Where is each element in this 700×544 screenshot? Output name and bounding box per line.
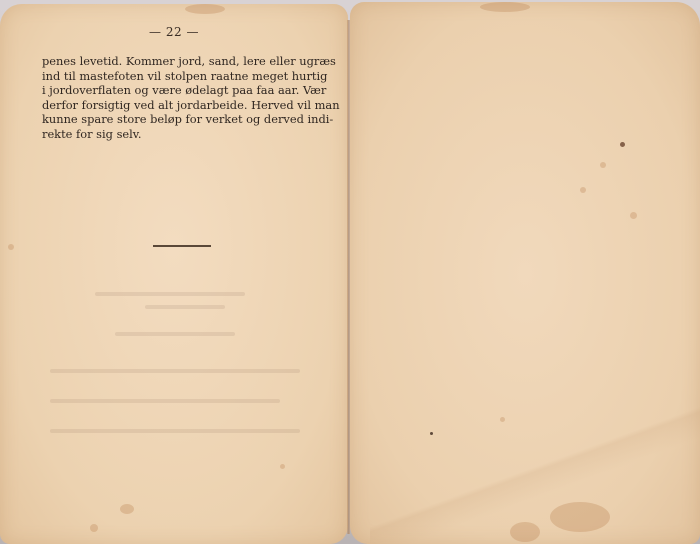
stain: [620, 142, 625, 147]
stain: [480, 2, 530, 12]
page-crease: [370, 400, 700, 544]
show-through-text: [145, 305, 225, 309]
text-line: kunne spare store beløp for verket og de…: [42, 112, 322, 127]
book-spine-gutter: [347, 20, 350, 534]
stain: [90, 524, 98, 532]
text-line: ind til mastefoten vil stolpen raatne me…: [42, 69, 322, 84]
text-line: rekte for sig selv.: [42, 127, 322, 142]
stain: [185, 4, 225, 14]
text-line: i jordoverflaten og være ødelagt paa faa…: [42, 83, 322, 98]
stain: [120, 504, 134, 514]
stain: [600, 162, 606, 168]
stain: [630, 212, 637, 219]
stain: [280, 464, 285, 469]
stain: [8, 244, 14, 250]
text-line: derfor forsigtig ved alt jordarbeide. He…: [42, 98, 322, 113]
show-through-text: [115, 332, 235, 336]
show-through-text: [50, 369, 300, 373]
stain: [580, 187, 586, 193]
show-through-text: [95, 292, 245, 296]
section-divider-rule: [153, 245, 211, 247]
body-text: penes levetid. Kommer jord, sand, lere e…: [42, 54, 322, 142]
show-through-text: [50, 429, 300, 433]
text-line: penes levetid. Kommer jord, sand, lere e…: [42, 54, 322, 69]
page-number: — 22 —: [0, 25, 348, 39]
show-through-text: [50, 399, 280, 403]
